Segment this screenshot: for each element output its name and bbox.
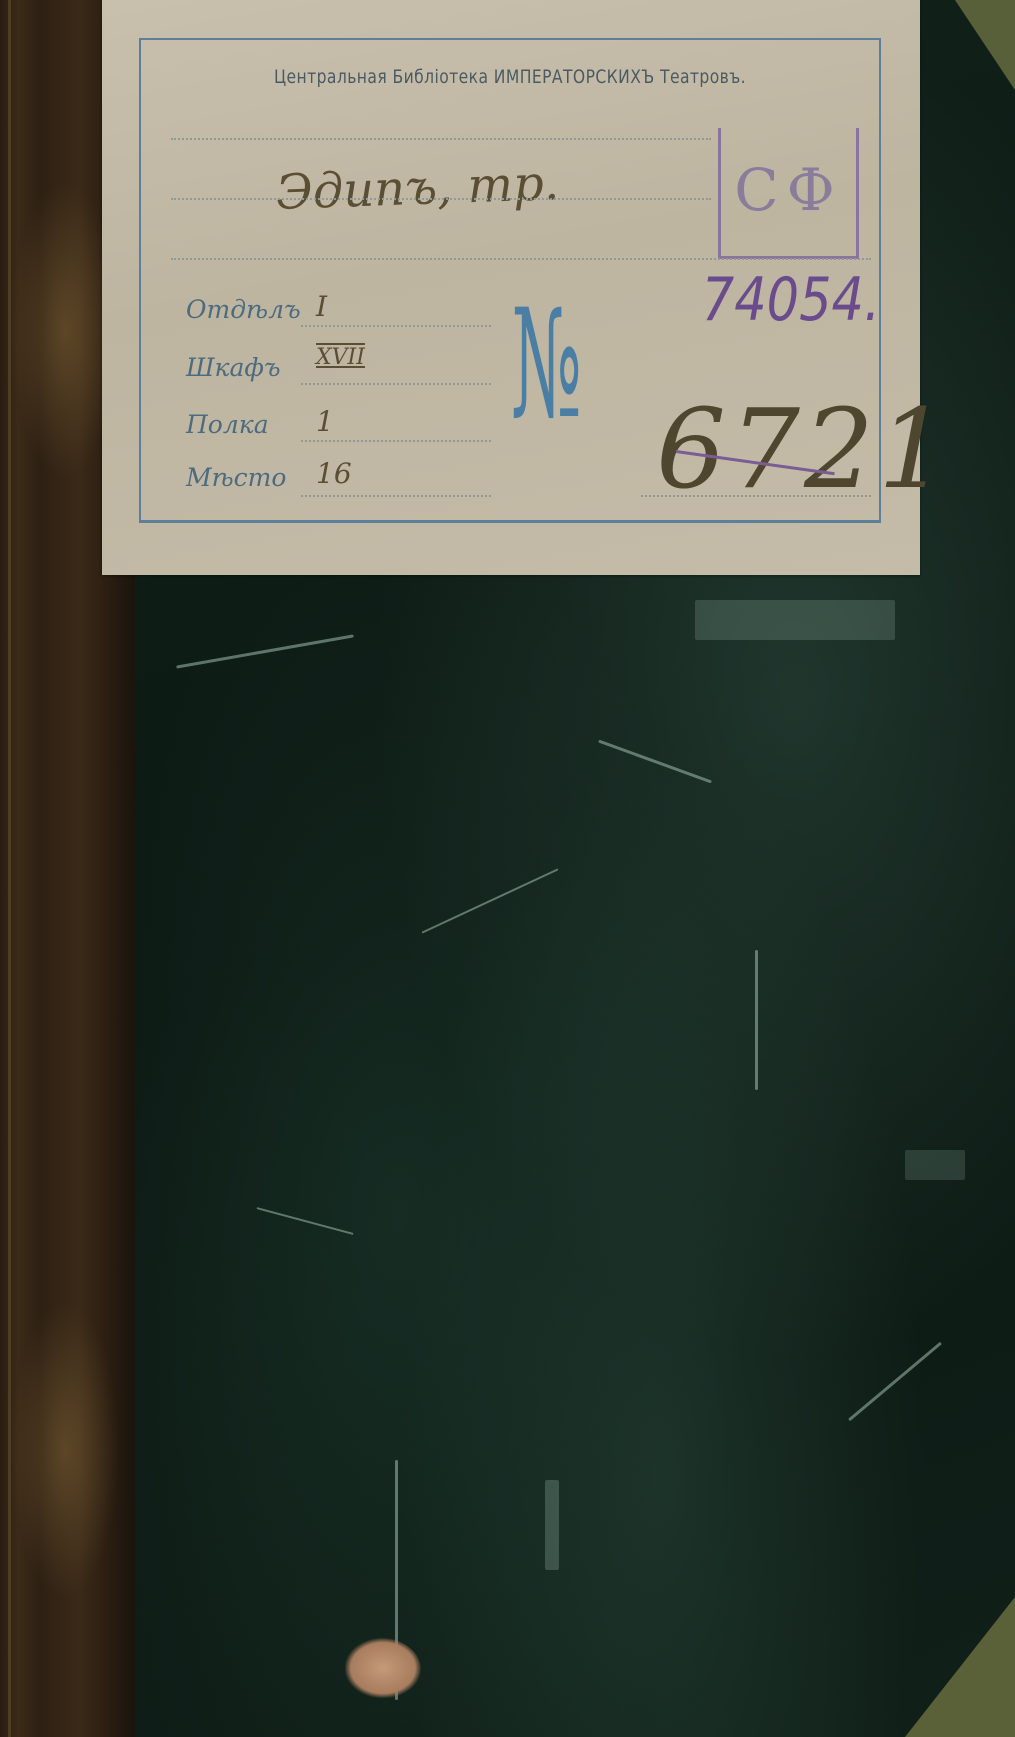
stain xyxy=(345,1638,421,1698)
marble-vein xyxy=(905,1150,965,1180)
field-label-department: Отдѣлъ xyxy=(186,295,301,324)
marble-vein xyxy=(422,868,559,933)
field-value-shelf: 1 xyxy=(316,405,334,438)
old-inventory-number: 6721 xyxy=(656,385,952,513)
ownership-stamp: СФ xyxy=(718,128,859,259)
inventory-number: 74054. xyxy=(702,265,880,335)
label-frame: Центральная Библіотека ИМПЕРАТОРСКИХЪ Те… xyxy=(139,38,881,523)
marble-vein xyxy=(598,740,712,784)
field-value-cabinet: XVII xyxy=(316,345,365,370)
dotted-line xyxy=(171,198,711,200)
marble-vein xyxy=(755,950,758,1090)
dotted-line xyxy=(171,258,871,260)
dotted-line xyxy=(301,383,491,385)
marble-vein xyxy=(176,634,354,668)
marble-vein xyxy=(695,600,895,640)
marble-vein xyxy=(256,1207,353,1235)
field-value-place: 16 xyxy=(316,457,352,490)
dotted-line xyxy=(641,495,871,497)
handwritten-title: Эдипъ, тр. xyxy=(275,155,560,221)
library-label: Центральная Библіотека ИМПЕРАТОРСКИХЪ Те… xyxy=(102,0,920,575)
field-label-shelf: Полка xyxy=(186,410,269,439)
field-label-place: Мѣсто xyxy=(186,463,286,492)
dotted-line xyxy=(301,440,491,442)
library-heading: Центральная Библіотека ИМПЕРАТОРСКИХЪ Те… xyxy=(207,66,812,88)
marble-vein xyxy=(545,1480,559,1570)
dotted-line xyxy=(171,138,711,140)
field-label-cabinet: Шкафъ xyxy=(186,353,281,382)
number-sign: № xyxy=(511,290,582,440)
cloth-corner xyxy=(905,1597,1015,1737)
stamp-text: СФ xyxy=(721,156,856,224)
dotted-line xyxy=(301,325,491,327)
field-value-department: I xyxy=(316,290,327,323)
dotted-line xyxy=(301,495,491,497)
marble-vein xyxy=(848,1342,942,1421)
cloth-corner xyxy=(955,0,1015,90)
spine-wear xyxy=(10,1300,120,1600)
